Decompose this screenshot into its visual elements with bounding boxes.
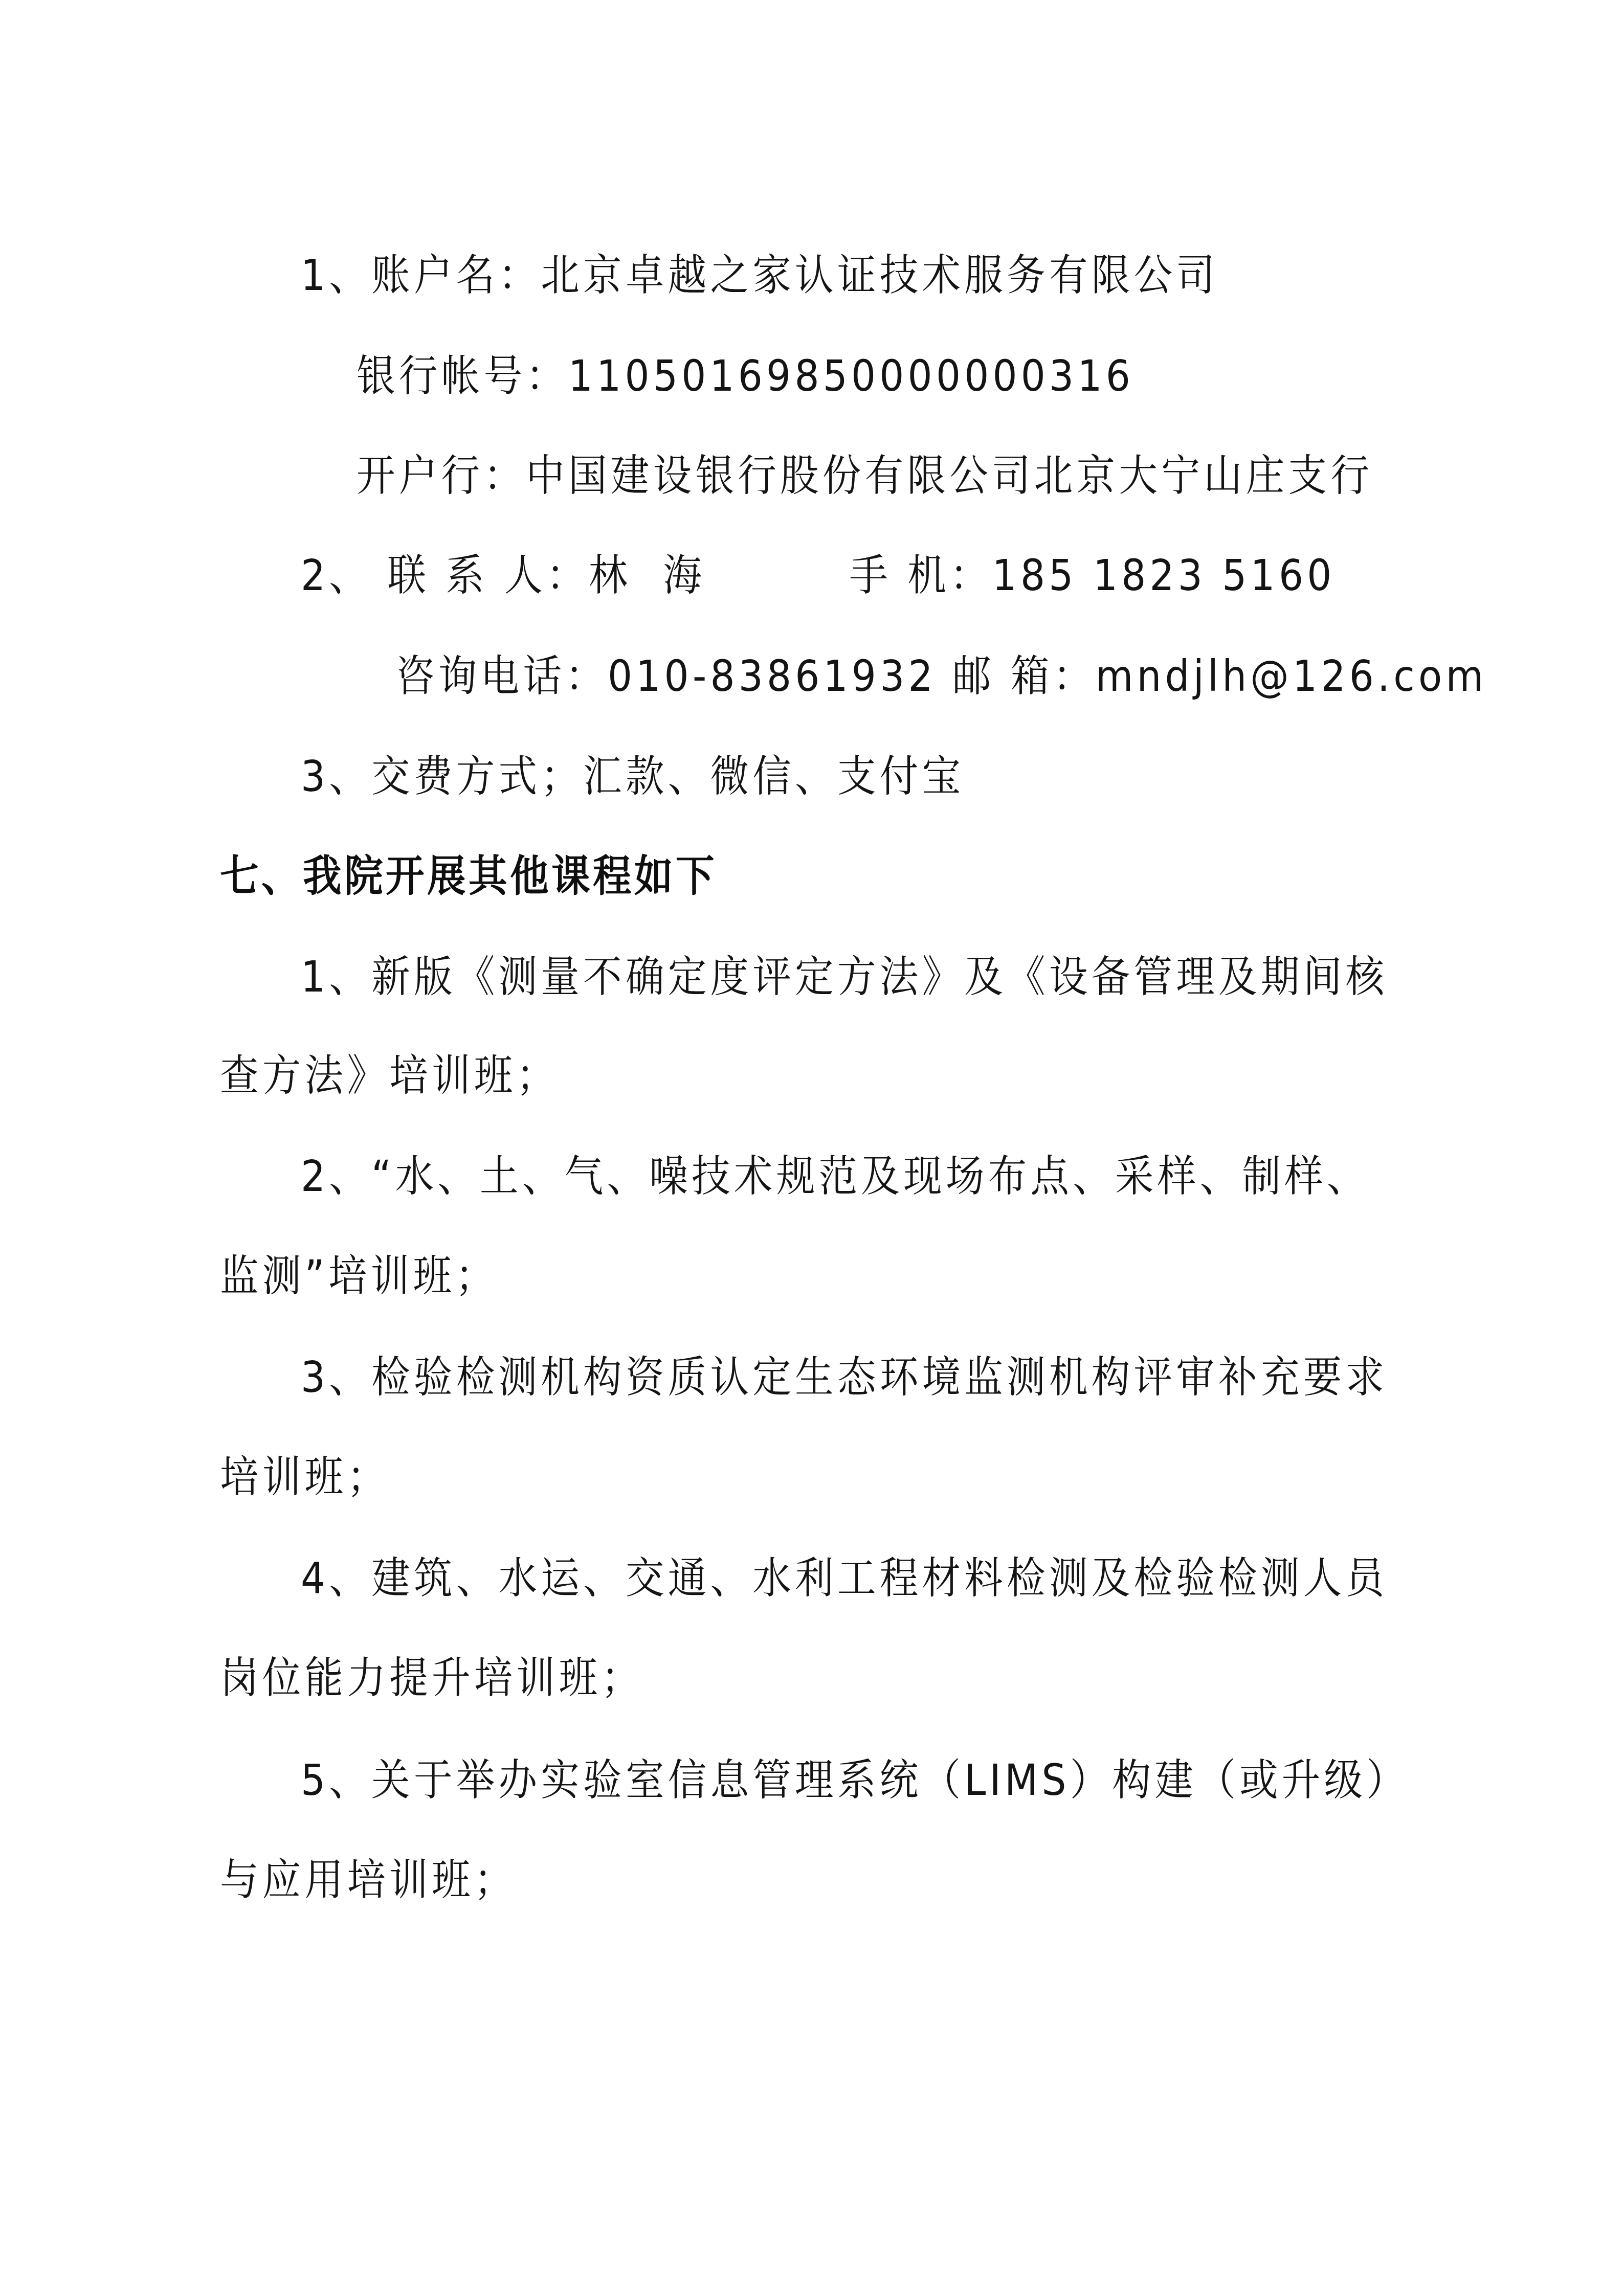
- course-5-line-1: 5、关于举办实验室信息管理系统（LIMS）构建（或升级）: [301, 1754, 1409, 1806]
- course-1-line-2: 查方法》培训班；: [220, 1050, 559, 1101]
- bank-branch-line: 开户行：中国建设银行股份有限公司北京大宁山庄支行: [357, 450, 1373, 501]
- course-3-line-2: 培训班；: [220, 1451, 389, 1502]
- consult-line: 咨询电话：010-83861932 邮 箱：mndjlh@126.com: [396, 650, 1487, 702]
- course-4-line-2: 岗位能力提升培训班；: [220, 1652, 643, 1703]
- course-5-line-2: 与应用培训班；: [220, 1854, 517, 1905]
- document-page: 1、账户名：北京卓越之家认证技术服务有限公司 银行帐号：110501698500…: [0, 0, 1624, 2296]
- payment-method-line: 3、交费方式；汇款、微信、支付宝: [301, 751, 964, 802]
- section-heading: 七、我院开展其他课程如下: [220, 850, 717, 902]
- bank-account-line: 银行帐号：11050169850000000316: [357, 350, 1134, 401]
- course-2-line-2: 监测”培训班；: [220, 1250, 498, 1301]
- course-3-line-1: 3、检验检测机构资质认定生态环境监测机构评审补充要求: [301, 1352, 1388, 1403]
- course-4-line-1: 4、建筑、水运、交通、水利工程材料检测及检验检测人员: [301, 1552, 1388, 1604]
- contact-line: 2、 联 系 人：林 海 手 机：185 1823 5160: [301, 550, 1336, 601]
- course-2-line-1: 2、“水、土、气、噪技术规范及现场布点、采样、制样、: [301, 1151, 1369, 1202]
- course-1-line-1: 1、新版《测量不确定度评定方法》及《设备管理及期间核: [301, 951, 1388, 1002]
- account-name-line: 1、账户名：北京卓越之家认证技术服务有限公司: [301, 250, 1218, 301]
